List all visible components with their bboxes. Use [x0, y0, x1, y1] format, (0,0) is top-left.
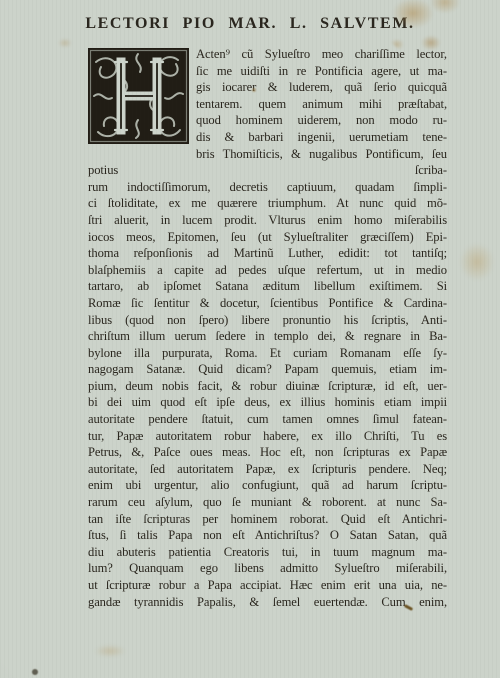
text-line: autoritate pendere ſtatuit, cum tamen om…	[88, 411, 447, 428]
text-line: pium, deum nobis facit, & robur diuinæ ſ…	[88, 378, 447, 395]
foxing-stain-right	[447, 232, 497, 292]
text-line: libus (quod non ſpero) libere pronuntio …	[88, 312, 447, 329]
text-line: bris Thomiſticis, & nugalibus Pontificum…	[88, 146, 447, 179]
text-line: tur, Papæ autoritatem robur habere, ex i…	[88, 428, 447, 445]
text-line: lum? Quanquam ego libens admitto Sylueſt…	[88, 560, 447, 577]
text-line: enim ubi urgentur, alio confugiunt, quã …	[88, 477, 447, 494]
text-line: blaſphemiis a capite ad pedes uſque refe…	[88, 262, 447, 279]
text-line: Romæ ſic ſentitur & docetur, ſcientibus …	[88, 295, 447, 312]
text-line: bylone illa purpurata, Roma. Et curiam R…	[88, 345, 447, 362]
text-line: iocos meos, Epitomen, ſeu (ut Sylueſtral…	[88, 229, 447, 246]
text-line: tan iſte ſcripturas per hominem roborat.…	[88, 511, 447, 528]
text-line: autoritate, ſed autoritatem Papæ, ex ſcr…	[88, 461, 447, 478]
text-line: bi dei uim quod eſt ipſe deus, ex illius…	[88, 394, 447, 411]
page-title: LECTORI PIO MAR. L. SALVTEM.	[0, 15, 500, 33]
foxing-stain-bottom	[82, 638, 138, 664]
text-line: diu abuteris patientia Creatoris tui, in…	[88, 544, 447, 561]
foxing-stain-left	[48, 30, 82, 56]
text-line: nagogam Satanæ. Quid dicam? Papam quemui…	[88, 361, 447, 378]
text-line: Petrus, &, Paſce oues meas. Hoc eſt, non…	[88, 444, 447, 461]
text-line: ut ſcripturæ robur a Papa accipiat. Hæc …	[88, 577, 447, 594]
text-line: ſtus, ſi talis Papa non eſt Antichriſtus…	[88, 527, 447, 544]
speck-bottom-edge	[32, 669, 38, 675]
text-line: rum indoctiſſimorum, decretis captiuum, …	[88, 179, 447, 196]
text-line: gandæ tyrannidis Papalis, & ſemel euerte…	[88, 594, 447, 611]
text-block: Acten⁹ cũ Sylueſtro meo chariſſime lecto…	[88, 46, 447, 610]
text-line: chriſtum illum uerum ſedere in templo de…	[88, 328, 447, 345]
drop-cap-woodcut-initial-h	[88, 48, 189, 144]
text-line: tartaro, ab ipſomet Satana æditum libell…	[88, 278, 447, 295]
text-line: rarum ceu aſylum, quo ſe muniant & robor…	[88, 494, 447, 511]
page-scan: LECTORI PIO MAR. L. SALVTEM.	[0, 0, 500, 678]
text-line: thoma reſponſionis ad Martinũ Luther, ed…	[88, 245, 447, 262]
text-line: ſtri aluerit, in lucem prodit. Vlturus e…	[88, 212, 447, 229]
text-line: ci ſtoliditate, ex me quærere triumphum.…	[88, 195, 447, 212]
